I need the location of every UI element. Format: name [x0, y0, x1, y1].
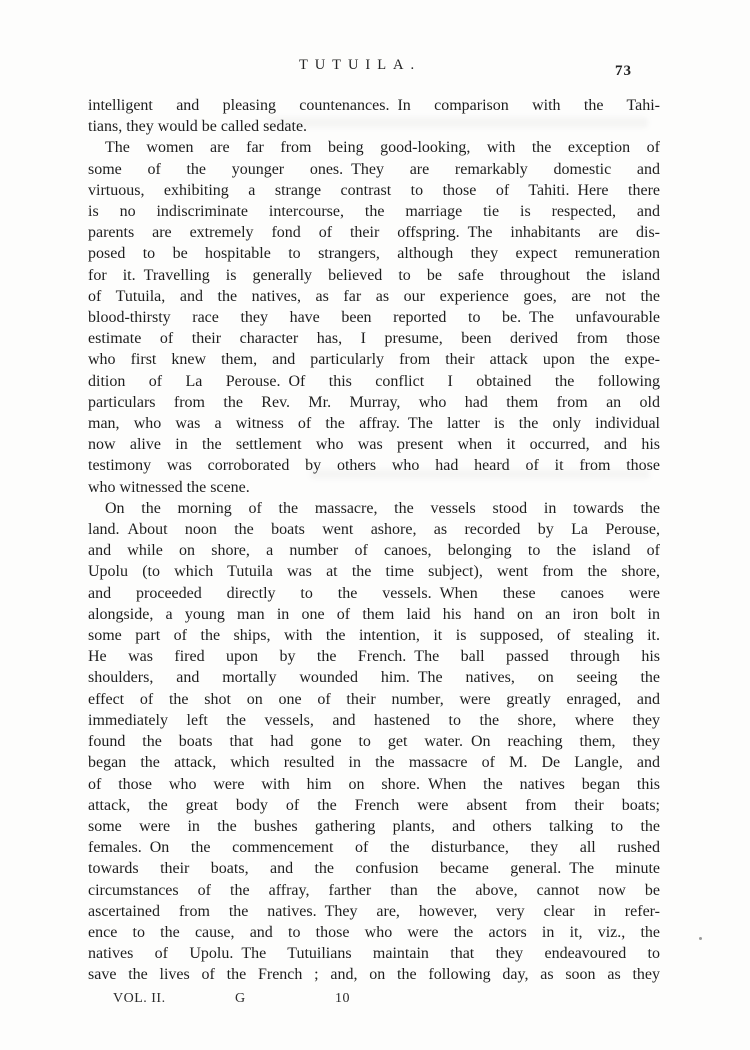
- footer-signature-letter: G: [235, 991, 246, 1003]
- text-line: Upolu (to which Tutuila was at the time …: [88, 561, 660, 582]
- text-line: began the attack, which resulted in the …: [88, 752, 660, 773]
- footer-signature-number: 10: [335, 991, 350, 1003]
- text-line: virtuous, exhibiting a strange contrast …: [88, 180, 660, 201]
- text-line: of Tutuila, and the natives, as far as o…: [88, 286, 660, 307]
- text-line: land. About noon the boats went ashore, …: [88, 519, 660, 540]
- text-line: natives of Upolu. The Tutuilians maintai…: [88, 943, 660, 964]
- text-line: save the lives of the French ; and, on t…: [88, 964, 660, 985]
- body-text: intelligent and pleasing countenances. I…: [88, 95, 660, 986]
- text-line: of those who were with him on shore. Whe…: [88, 774, 660, 795]
- book-page: TUTUILA. 73 intelligent and pleasing cou…: [0, 0, 750, 1050]
- text-line: females. On the commencement of the dist…: [88, 837, 660, 858]
- text-line: On the morning of the massacre, the vess…: [88, 498, 660, 519]
- text-line: He was fired upon by the French. The bal…: [88, 646, 660, 667]
- text-line: tians, they would be called sedate.: [88, 116, 660, 137]
- text-line: immediately left the vessels, and hasten…: [88, 710, 660, 731]
- text-line: particulars from the Rev. Mr. Murray, wh…: [88, 392, 660, 413]
- text-line: parents are extremely fond of their offs…: [88, 222, 660, 243]
- text-line: blood-thirsty race they have been report…: [88, 307, 660, 328]
- text-line: some of the younger ones. They are remar…: [88, 159, 660, 180]
- paragraph: intelligent and pleasing countenances. I…: [88, 95, 660, 137]
- text-line: shoulders, and mortally wounded him. The…: [88, 667, 660, 688]
- text-line: ence to the cause, and to those who were…: [88, 922, 660, 943]
- text-line: man, who was a witness of the affray. Th…: [88, 413, 660, 434]
- text-line: effect of the shot on one of their numbe…: [88, 689, 660, 710]
- text-line: The women are far from being good-lookin…: [88, 137, 660, 158]
- text-line: intelligent and pleasing countenances. I…: [88, 95, 660, 116]
- text-line: alongside, a young man in one of them la…: [88, 604, 660, 625]
- text-line: is no indiscriminate intercourse, the ma…: [88, 201, 660, 222]
- text-line: circumstances of the affray, farther tha…: [88, 880, 660, 901]
- text-line: towards their boats, and the confusion b…: [88, 858, 660, 879]
- footer-volume-label: VOL. II.: [113, 991, 166, 1003]
- text-line: testimony was corroborated by others who…: [88, 455, 660, 476]
- text-line: dition of La Perouse. Of this conflict I…: [88, 371, 660, 392]
- text-line: who witnessed the scene.: [88, 477, 660, 498]
- paragraph: On the morning of the massacre, the vess…: [88, 498, 660, 986]
- text-line: found the boats that had gone to get wat…: [88, 731, 660, 752]
- paragraph: The women are far from being good-lookin…: [88, 137, 660, 497]
- page-header-title: TUTUILA.: [88, 57, 660, 74]
- text-line: attack, the great body of the French wer…: [88, 795, 660, 816]
- text-line: and while on shore, a number of canoes, …: [88, 540, 660, 561]
- text-line: some were in the bushes gathering plants…: [88, 816, 660, 837]
- text-line: for it. Travelling is generally believed…: [88, 265, 660, 286]
- text-line: posed to be hospitable to strangers, alt…: [88, 243, 660, 264]
- scan-artifact-dot: [699, 937, 702, 940]
- page-number: 73: [615, 63, 632, 80]
- text-line: some part of the ships, with the intenti…: [88, 625, 660, 646]
- text-line: estimate of their character has, I presu…: [88, 328, 660, 349]
- page-footer: VOL. II. G 10: [88, 991, 660, 1003]
- text-line: ascertained from the natives. They are, …: [88, 901, 660, 922]
- text-line: and proceeded directly to the vessels. W…: [88, 583, 660, 604]
- text-line: now alive in the settlement who was pres…: [88, 434, 660, 455]
- running-header: TUTUILA. 73: [88, 57, 660, 87]
- text-line: who first knew them, and particularly fr…: [88, 349, 660, 370]
